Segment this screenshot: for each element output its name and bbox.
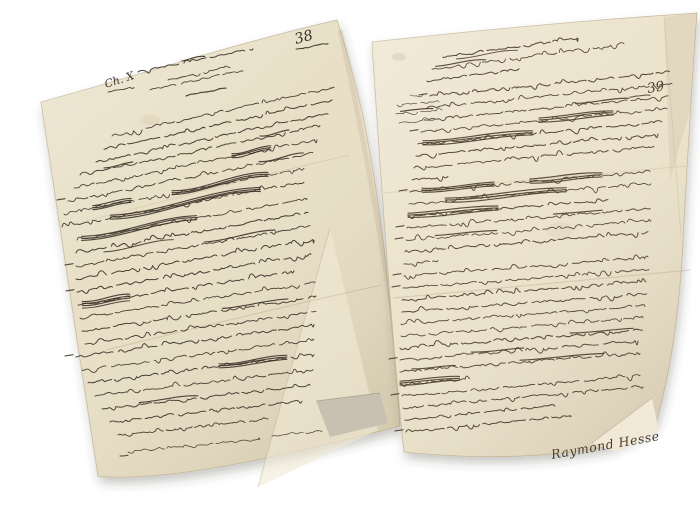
left-stain [140, 115, 160, 125]
page-number-right: 39 [646, 78, 666, 97]
manuscript-photo: 38 Ch. X 39 Raymond Hesse [0, 0, 700, 505]
manuscript-page-right: 39 Raymond Hesse [372, 13, 697, 462]
right-stain-top [392, 53, 406, 61]
manuscript-photo-svg: 38 Ch. X 39 Raymond Hesse [0, 0, 700, 505]
right-paper-shading [372, 13, 697, 457]
manuscript-page-left: 38 Ch. X [41, 20, 400, 487]
right-stain-mid [546, 222, 574, 238]
